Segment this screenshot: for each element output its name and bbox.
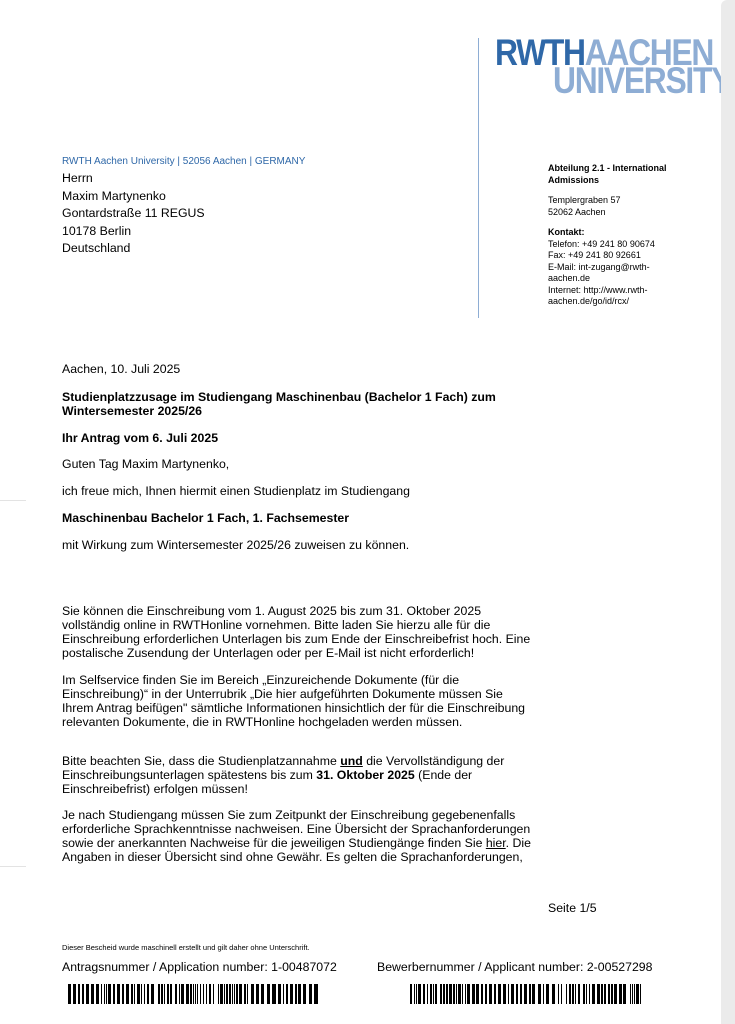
contact-email-1[interactable]: E-Mail: int-zugang@rwth- bbox=[548, 262, 698, 274]
department-name: Abteilung 2.1 - International Admissions bbox=[548, 163, 698, 186]
department-city: 52062 Aachen bbox=[548, 207, 698, 219]
applicant-barcode bbox=[410, 984, 642, 1004]
deadline-emphasis: und bbox=[340, 754, 363, 768]
department-street: Templergraben 57 bbox=[548, 195, 698, 207]
scrollbar-track[interactable] bbox=[721, 0, 735, 1024]
recipient-street: Gontardstraße 11 REGUS bbox=[62, 205, 205, 223]
applicant-number: Bewerbernummer / Applicant number: 2-005… bbox=[377, 960, 652, 974]
recipient-address: Herrn Maxim Martynenko Gontardstraße 11 … bbox=[62, 170, 205, 258]
contact-email-2[interactable]: aachen.de bbox=[548, 273, 698, 285]
recipient-country: Deutschland bbox=[62, 240, 205, 258]
page-edge-mark bbox=[0, 866, 26, 867]
para-selfservice: Im Selfservice finden Sie im Bereich „Ei… bbox=[62, 673, 532, 729]
page-number: Seite 1/5 bbox=[548, 901, 597, 915]
para-enrollment: Sie können die Einschreibung vom 1. Augu… bbox=[62, 604, 534, 660]
letter-effective: mit Wirkung zum Wintersemester 2025/26 z… bbox=[62, 538, 532, 552]
language-requirements-link[interactable]: hier bbox=[486, 836, 506, 850]
recipient-city: 10178 Berlin bbox=[62, 223, 205, 241]
para-deadline: Bitte beachten Sie, dass die Studienplat… bbox=[62, 754, 530, 796]
para-language: Je nach Studiengang müssen Sie zum Zeitp… bbox=[62, 808, 534, 864]
contact-phone: Telefon: +49 241 80 90674 bbox=[548, 239, 698, 251]
language-text-1: Je nach Studiengang müssen Sie zum Zeitp… bbox=[62, 808, 530, 850]
application-barcode bbox=[68, 984, 320, 1004]
application-number: Antragsnummer / Application number: 1-00… bbox=[62, 960, 337, 974]
contact-internet-1[interactable]: Internet: http://www.rwth- bbox=[548, 285, 698, 297]
header-divider bbox=[478, 38, 479, 318]
letter-subject: Studienplatzzusage im Studiengang Maschi… bbox=[62, 390, 512, 418]
letter-reference: Ihr Antrag vom 6. Juli 2025 bbox=[62, 431, 532, 445]
letter-page: RWTHAACHEN UNIVERSITY RWTH Aachen Univer… bbox=[0, 0, 720, 1024]
letter-program: Maschinenbau Bachelor 1 Fach, 1. Fachsem… bbox=[62, 511, 532, 525]
recipient-name: Maxim Martynenko bbox=[62, 188, 205, 206]
deadline-date: 31. Oktober 2025 bbox=[316, 768, 414, 782]
sender-return-address: RWTH Aachen University | 52056 Aachen | … bbox=[62, 156, 305, 167]
letter-greeting: Guten Tag Maxim Martynenko, bbox=[62, 457, 532, 471]
machine-generated-disclaimer: Dieser Bescheid wurde maschinell erstell… bbox=[62, 943, 310, 952]
rwth-logo: RWTHAACHEN UNIVERSITY bbox=[495, 38, 707, 68]
contact-heading: Kontakt: bbox=[548, 227, 698, 239]
contact-fax: Fax: +49 241 80 92661 bbox=[548, 250, 698, 262]
letter-intro: ich freue mich, Ihnen hiermit einen Stud… bbox=[62, 484, 532, 498]
department-info: Abteilung 2.1 - International Admissions… bbox=[548, 163, 698, 308]
logo-university: UNIVERSITY bbox=[553, 66, 731, 96]
deadline-text-1: Bitte beachten Sie, dass die Studienplat… bbox=[62, 754, 340, 768]
recipient-salutation: Herrn bbox=[62, 170, 205, 188]
letter-date: Aachen, 10. Juli 2025 bbox=[62, 362, 532, 376]
page-edge-mark bbox=[0, 500, 26, 501]
contact-internet-2[interactable]: aachen.de/go/id/rcx/ bbox=[548, 296, 698, 308]
